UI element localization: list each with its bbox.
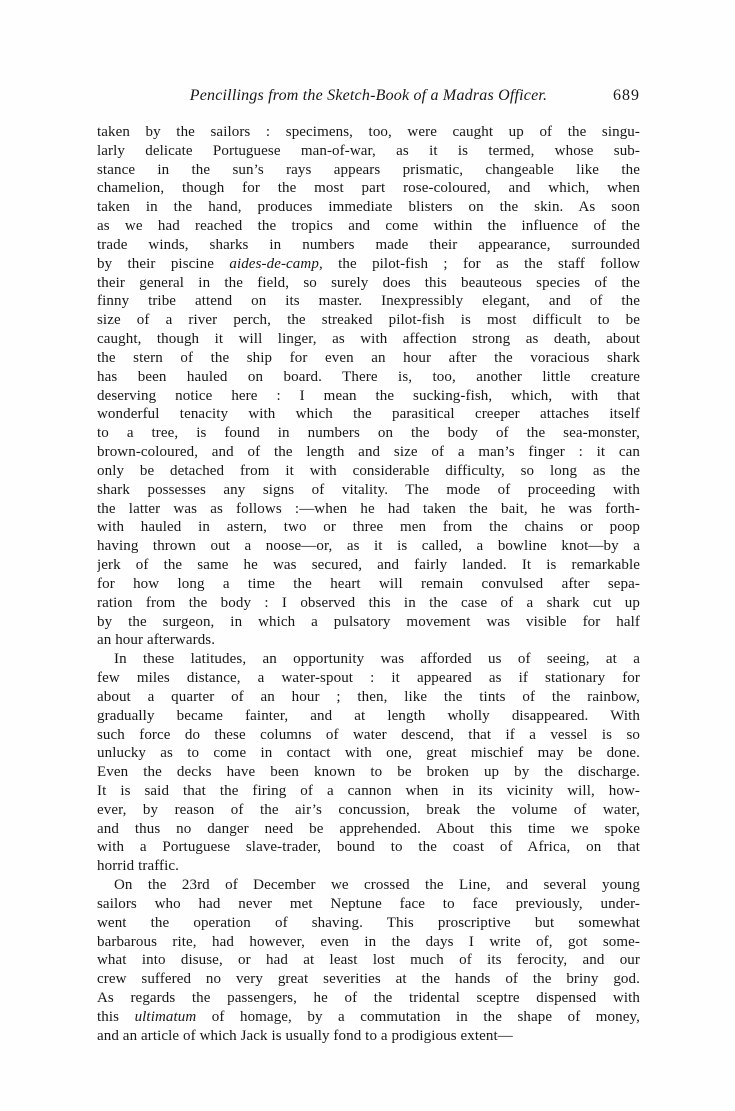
text-line: the stern of the ship for even an hour a… xyxy=(97,349,640,368)
text-line: ever, by reason of the air’s concussion,… xyxy=(97,801,640,820)
text-line: In these latitudes, an opportunity was a… xyxy=(97,650,640,669)
text-line: and thus no danger need be apprehended. … xyxy=(97,820,640,839)
text-line: only be detached from it with considerab… xyxy=(97,462,640,481)
text-line: by the surgeon, in which a pulsatory mov… xyxy=(97,613,640,632)
text-line: their general in the field, so surely do… xyxy=(97,274,640,293)
text-line: few miles distance, a water-spout : it a… xyxy=(97,669,640,688)
text-line: Even the decks have been known to be bro… xyxy=(97,763,640,782)
text-line: chamelion, though for the most part rose… xyxy=(97,179,640,198)
text-segment: by their piscine xyxy=(97,256,229,272)
text-line: On the 23rd of December we crossed the L… xyxy=(97,876,640,895)
text-line: has been hauled on board. There is, too,… xyxy=(97,368,640,387)
text-segment: this xyxy=(97,1009,135,1025)
italic-text: aides-de-camp xyxy=(229,256,319,272)
text-line: for how long a time the heart will remai… xyxy=(97,575,640,594)
italic-text: ultimatum xyxy=(135,1009,197,1025)
text-line: horrid traffic. xyxy=(97,857,640,876)
text-line: larly delicate Portuguese man-of-war, as… xyxy=(97,142,640,161)
text-segment: , the pilot-fish ; for as the staff foll… xyxy=(319,256,640,272)
text-line: this ultimatum of homage, by a commutati… xyxy=(97,1008,640,1027)
text-line: unlucky as to come in contact with one, … xyxy=(97,744,640,763)
text-line: finny tribe attend on its master. Inexpr… xyxy=(97,292,640,311)
text-line: shark possesses any signs of vitality. T… xyxy=(97,481,640,500)
paragraph: On the 23rd of December we crossed the L… xyxy=(97,876,640,1045)
text-line: such force do these columns of water des… xyxy=(97,726,640,745)
text-line: stance in the sun’s rays appears prismat… xyxy=(97,161,640,180)
text-line: ration from the body : I observed this i… xyxy=(97,594,640,613)
text-line: and an article of which Jack is usually … xyxy=(97,1027,640,1046)
text-line: size of a river perch, the streaked pilo… xyxy=(97,311,640,330)
paragraph: taken by the sailors : specimens, too, w… xyxy=(97,123,640,650)
text-line: gradually became fainter, and at length … xyxy=(97,707,640,726)
text-line: jerk of the same he was secured, and fai… xyxy=(97,556,640,575)
text-line: about a quarter of an hour ; then, like … xyxy=(97,688,640,707)
text-line: It is said that the firing of a cannon w… xyxy=(97,782,640,801)
text-line: barbarous rite, had however, even in the… xyxy=(97,933,640,952)
text-line: sailors who had never met Neptune face t… xyxy=(97,895,640,914)
text-line: an hour afterwards. xyxy=(97,631,640,650)
text-segment: of homage, by a commutation in the shape… xyxy=(196,1009,640,1025)
text-line: brown-coloured, and of the length and si… xyxy=(97,443,640,462)
text-line: crew suffered no very great severities a… xyxy=(97,970,640,989)
text-line: with a Portuguese slave-trader, bound to… xyxy=(97,838,640,857)
text-line: to a tree, is found in numbers on the bo… xyxy=(97,424,640,443)
text-line: with hauled in astern, two or three men … xyxy=(97,518,640,537)
text-body: taken by the sailors : specimens, too, w… xyxy=(97,123,640,1046)
text-line: taken in the hand, produces immediate bl… xyxy=(97,198,640,217)
text-line: having thrown out a noose—or, as it is c… xyxy=(97,537,640,556)
running-header: Pencillings from the Sketch-Book of a Ma… xyxy=(97,86,640,106)
paragraph: In these latitudes, an opportunity was a… xyxy=(97,650,640,876)
text-line: trade winds, sharks in numbers made thei… xyxy=(97,236,640,255)
text-line: As regards the passengers, he of the tri… xyxy=(97,989,640,1008)
text-line: what into disuse, or had at least lost m… xyxy=(97,951,640,970)
text-line: as we had reached the tropics and come w… xyxy=(97,217,640,236)
book-page: Pencillings from the Sketch-Book of a Ma… xyxy=(0,0,735,1111)
text-line: deserving notice here : I mean the sucki… xyxy=(97,387,640,406)
text-line: taken by the sailors : specimens, too, w… xyxy=(97,123,640,142)
text-line: caught, though it will linger, as with a… xyxy=(97,330,640,349)
text-line: wonderful tenacity with which the parasi… xyxy=(97,405,640,424)
text-line: by their piscine aides-de-camp, the pilo… xyxy=(97,255,640,274)
page-number: 689 xyxy=(613,86,640,106)
running-title: Pencillings from the Sketch-Book of a Ma… xyxy=(97,86,640,106)
text-line: the latter was as follows :—when he had … xyxy=(97,500,640,519)
text-line: went the operation of shaving. This pros… xyxy=(97,914,640,933)
